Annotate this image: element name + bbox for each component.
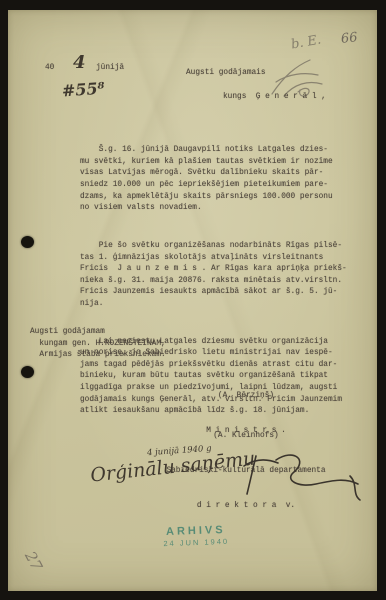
ref-month: jūnijā — [96, 63, 124, 75]
body-paragraph-1: Š.g. 16. jūnijā Daugavpilī notiks Latgal… — [80, 145, 366, 215]
text-line: sniedz 10.000 un pēc iepriekšējiem piete… — [80, 180, 366, 192]
punch-hole-bottom — [21, 366, 34, 378]
text-line: dzams, ka apmeklētāju skaits pārsniegs 1… — [80, 192, 366, 204]
ref-number-typed: 40 — [45, 63, 54, 75]
salutation-line2: kungs Ģ e n e r ā l , — [223, 92, 326, 104]
minister-name: (A. Bērziņš) — [172, 391, 320, 403]
director-name: (A. Kleinhofs) — [158, 431, 334, 443]
text-line: nija. — [80, 299, 366, 311]
text-line: Pie šo svētku organizēšanas nodarbināts … — [80, 241, 366, 253]
text-line: visas Latvijas mērogā. Svētku dalībnieku… — [80, 168, 366, 180]
text-line: Augsti godājamam — [30, 327, 166, 339]
text-line: Fricis J a u n z e m i s . Ar Rīgas kara… — [80, 264, 366, 276]
punch-hole-top — [21, 236, 34, 248]
addressee-block: Augsti godājamam kungam gen. H.ROZENŠTEI… — [30, 327, 166, 362]
salutation-line1: Augsti godājamais — [186, 68, 266, 80]
text-line: Š.g. 16. jūnijā Daugavpilī notiks Latgal… — [80, 145, 366, 157]
text-line: mu svētki, kuriem kā plašiem tautas svēt… — [80, 157, 366, 169]
text-line: nieka š.g. 31. maija 20876. raksta minēt… — [80, 276, 366, 288]
body-paragraph-2: Pie šo svētku organizēšanas nodarbināts … — [80, 241, 366, 311]
text-line: tas 1. ģimnāzijas skolotājs atvaļināts v… — [80, 253, 366, 265]
text-line: no visiem valsts novadiem. — [80, 203, 366, 215]
text-line: kungam gen. H.ROZENŠTEINAM, — [30, 339, 166, 351]
text-line: Armijas štāba priekšniekam. — [30, 350, 166, 362]
text-line: Fricis Jaunzemis iesaukts apmācībā sākot… — [80, 287, 366, 299]
jaunzemis-signature-flourish — [240, 446, 368, 506]
registry-mark: #55⁸ — [61, 79, 105, 101]
folio-number: 66 — [340, 30, 358, 47]
ref-day-handwritten: 4 — [73, 52, 86, 73]
archive-stamp: ARHIVS 24 JUN 1940 — [146, 523, 247, 548]
scanned-letter-page: 66 b. E. 40 4 jūnijā #55⁸ Augsti godājam… — [0, 0, 386, 600]
